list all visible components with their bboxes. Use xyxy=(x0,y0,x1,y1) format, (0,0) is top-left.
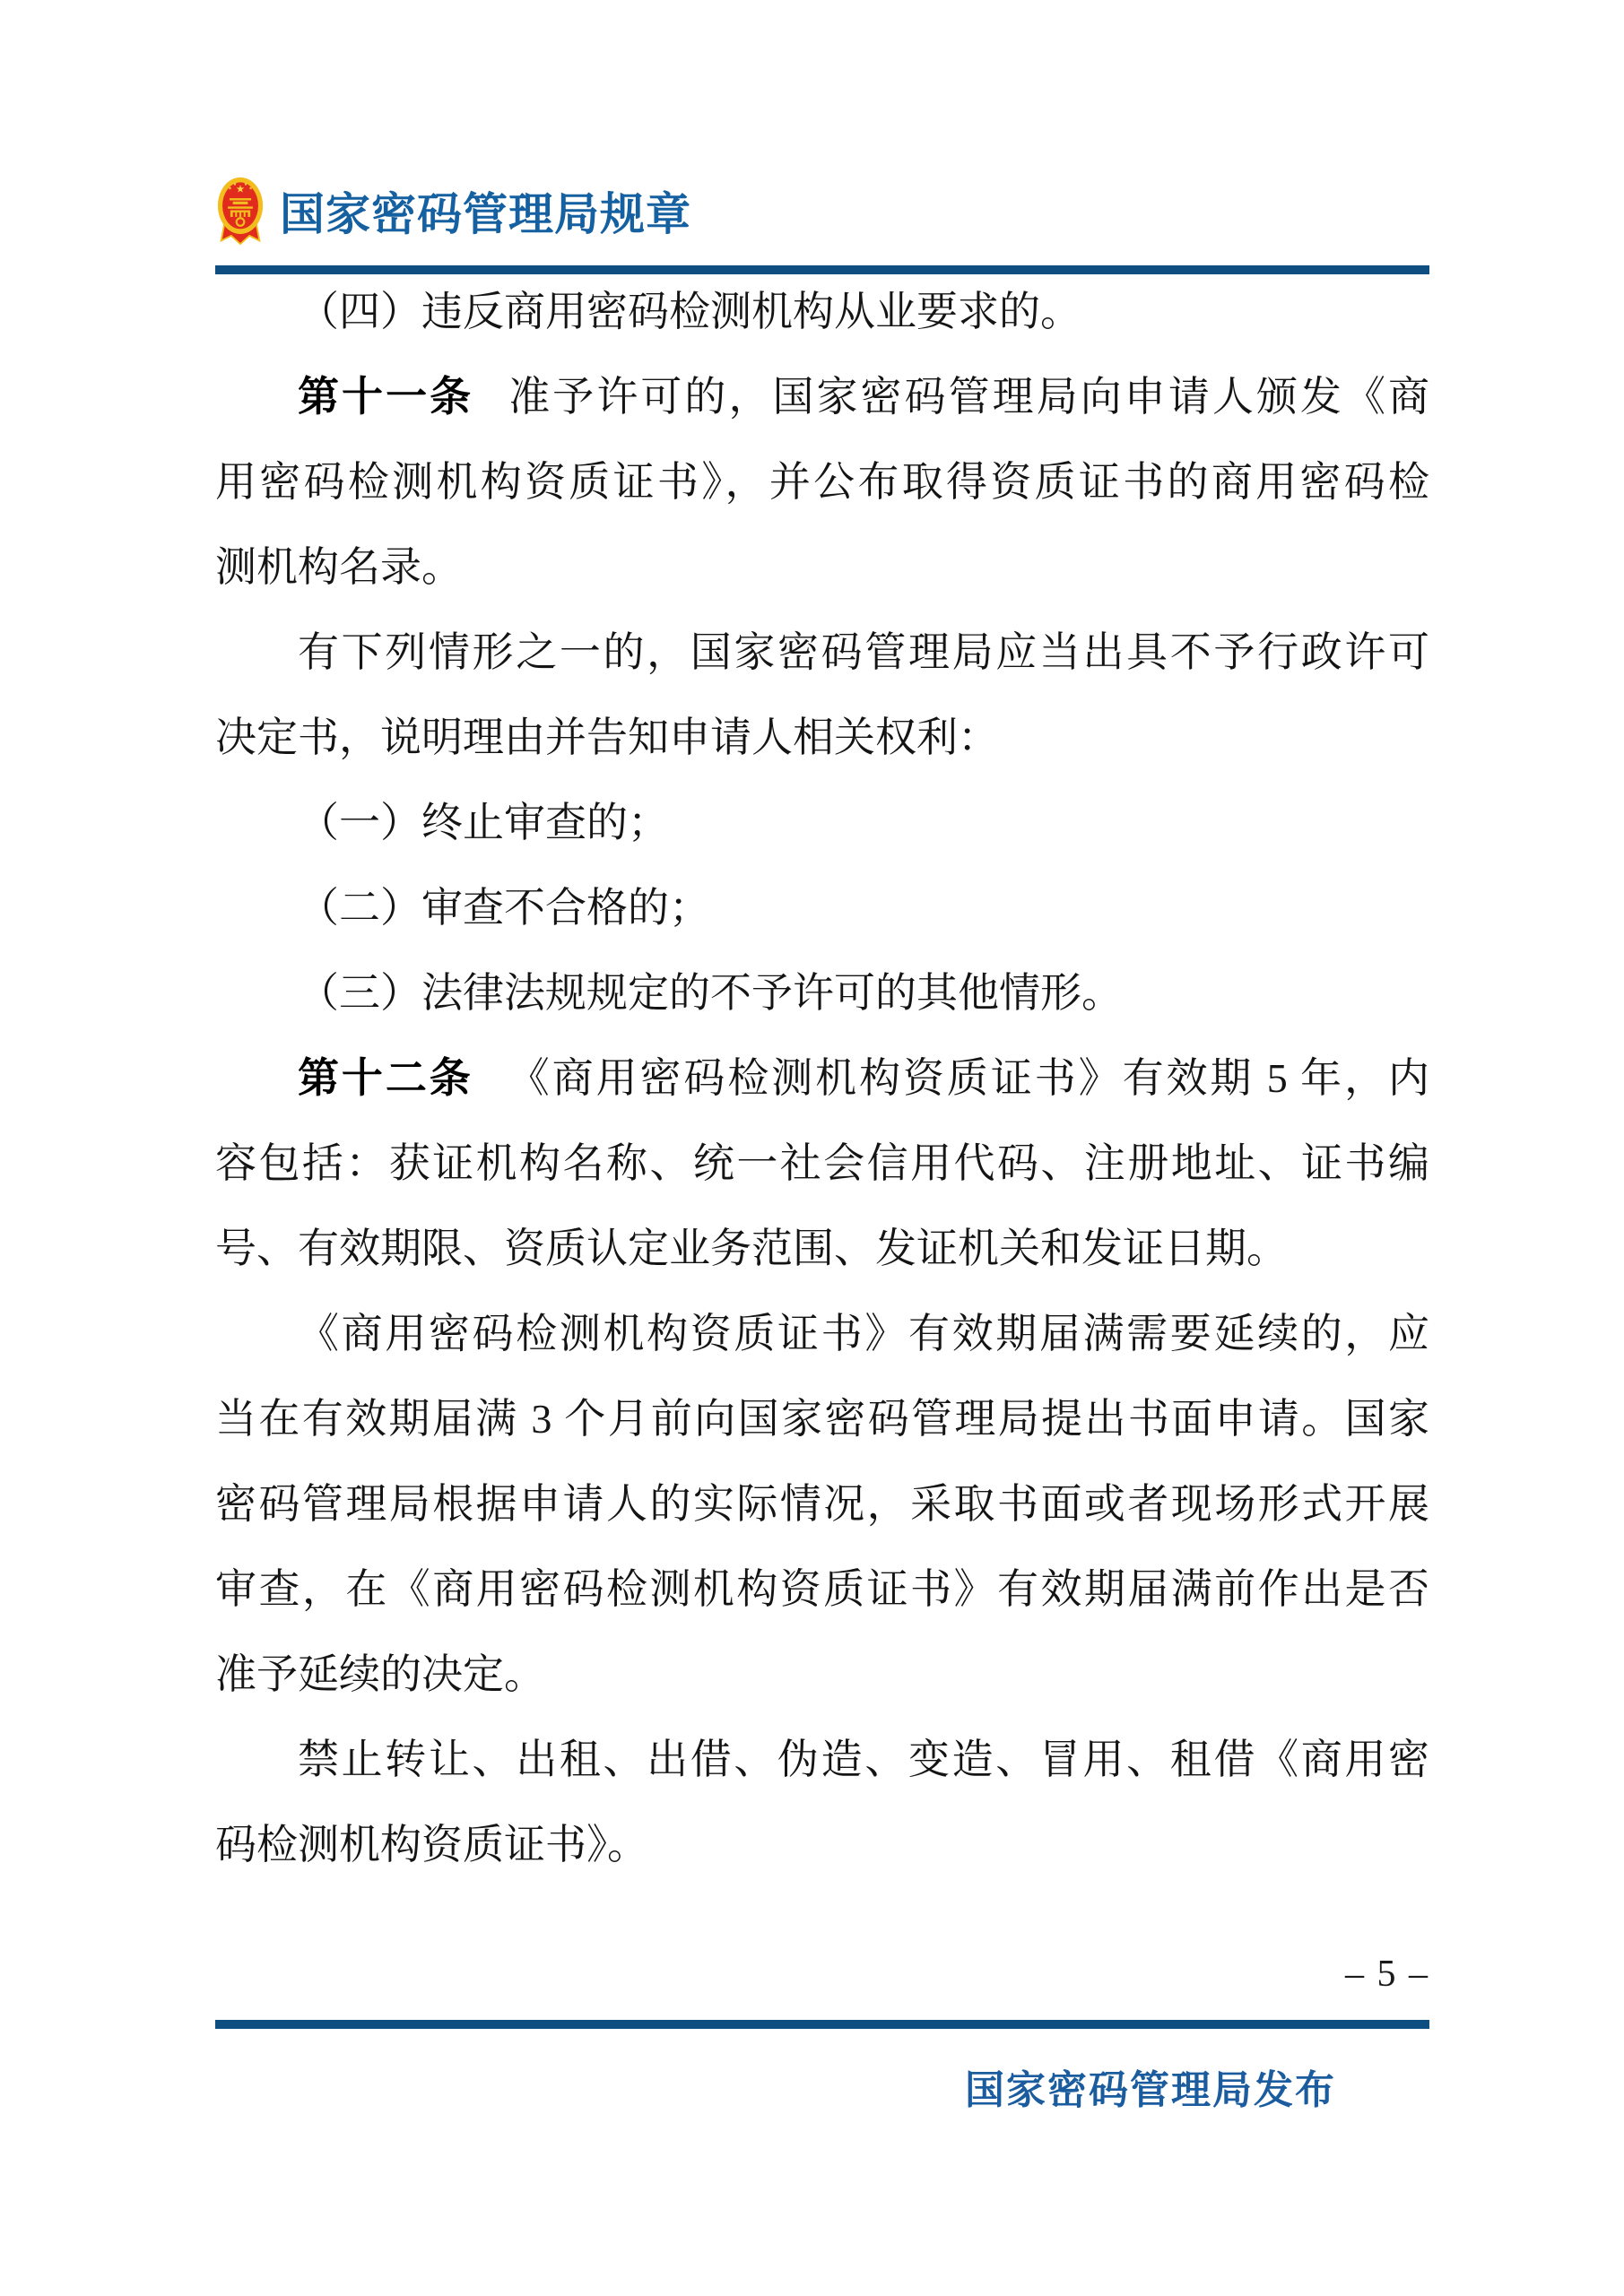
body-line: 测机构名录。 xyxy=(215,524,1429,610)
body-line: 号、有效期限、资质认定业务范围、发证机关和发证日期。 xyxy=(215,1206,1429,1291)
page-header: 国家密码管理局规章 xyxy=(215,176,691,246)
body-line: 有下列情形之一的，国家密码管理局应当出具不予行政许可 xyxy=(215,610,1429,695)
body-line: 当在有效期届满 3 个月前向国家密码管理局提出书面申请。国家 xyxy=(215,1376,1429,1461)
body-line: 容包括：获证机构名称、统一社会信用代码、注册地址、证书编 xyxy=(215,1121,1429,1206)
body-line: （四）违反商用密码检测机构从业要求的。 xyxy=(215,269,1429,354)
national-emblem-icon xyxy=(215,176,265,246)
body-line: 密码管理局根据申请人的实际情况，采取书面或者现场形式开展 xyxy=(215,1461,1429,1547)
body-line: 用密码检测机构资质证书》，并公布取得资质证书的商用密码检 xyxy=(215,439,1429,524)
body-line: 禁止转让、出租、出借、伪造、变造、冒用、租借《商用密 xyxy=(215,1717,1429,1802)
body-line: （三）法律法规规定的不予许可的其他情形。 xyxy=(215,950,1429,1035)
body-line: 准予延续的决定。 xyxy=(215,1632,1429,1717)
body-line: （二）审查不合格的； xyxy=(215,865,1429,950)
body-line: 第十一条准予许可的，国家密码管理局向申请人颁发《商 xyxy=(215,354,1429,439)
body-line: 第十二条《商用密码检测机构资质证书》有效期 5 年，内 xyxy=(215,1035,1429,1121)
body-lines: （四）违反商用密码检测机构从业要求的。第十一条准予许可的，国家密码管理局向申请人… xyxy=(215,269,1429,1887)
article-number: 第十一条 xyxy=(298,373,473,420)
header-title: 国家密码管理局规章 xyxy=(280,178,691,243)
footer-rule xyxy=(215,2020,1429,2029)
page-number: – 5 – xyxy=(215,1953,1429,1996)
body-line: 审查，在《商用密码检测机构资质证书》有效期届满前作出是否 xyxy=(215,1547,1429,1632)
publisher-label: 国家密码管理局发布 xyxy=(215,2058,1336,2115)
body-line: 决定书，说明理由并告知申请人相关权利： xyxy=(215,695,1429,780)
document-page: 国家密码管理局规章 （四）违反商用密码检测机构从业要求的。第十一条准予许可的，国… xyxy=(0,0,1624,2296)
body-line: 码检测机构资质证书》。 xyxy=(215,1802,1429,1887)
body-line: 《商用密码检测机构资质证书》有效期届满需要延续的，应 xyxy=(215,1291,1429,1376)
body-line: （一）终止审查的； xyxy=(215,780,1429,865)
article-number: 第十二条 xyxy=(298,1054,473,1101)
